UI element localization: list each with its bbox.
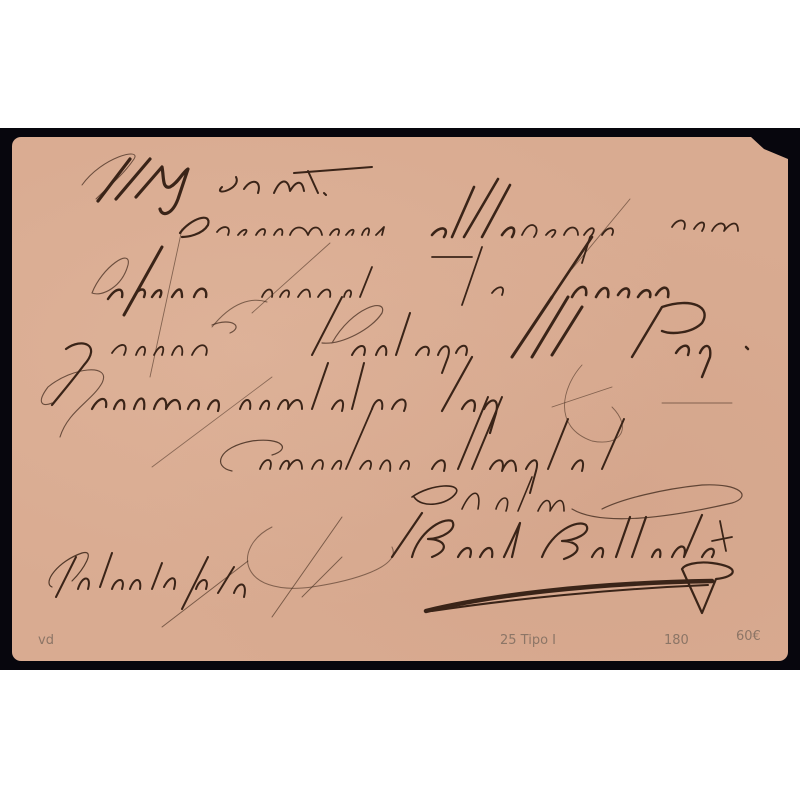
postcard: Muy Sr ntro. Poseemos su apble de ayer c… bbox=[12, 137, 788, 661]
pencil-note-initials: vd bbox=[38, 633, 54, 648]
pencil-note-price: 60€ bbox=[736, 629, 761, 644]
pencil-note-catalog: 25 Tipo I bbox=[500, 633, 556, 648]
pencil-note-number: 180 bbox=[664, 633, 689, 648]
